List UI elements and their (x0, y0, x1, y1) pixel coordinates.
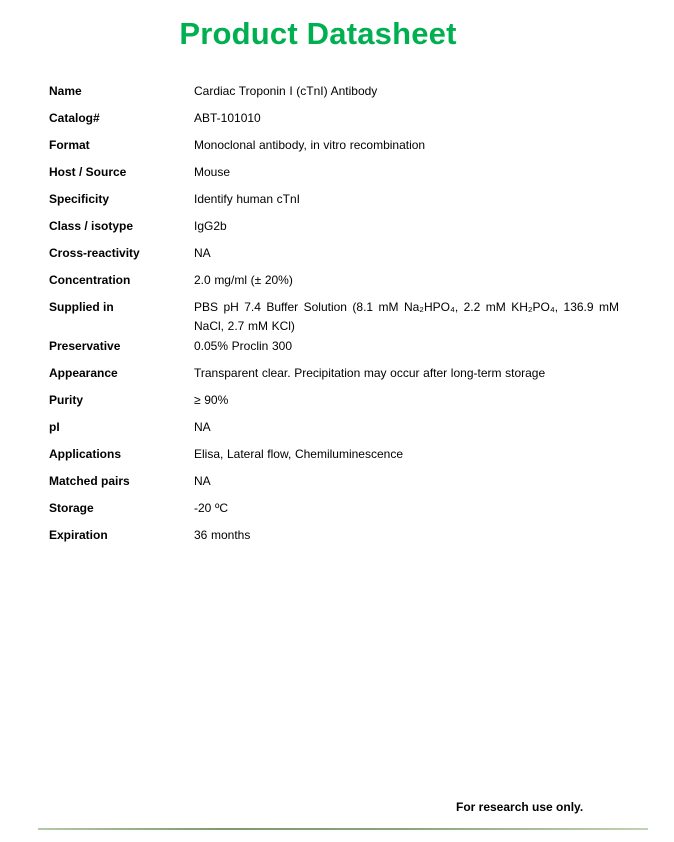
page-title: Product Datasheet (0, 16, 636, 52)
spec-row-name: Name Cardiac Troponin I (cTnI) Antibody (49, 82, 619, 100)
spec-row-cross-reactivity: Cross-reactivity NA (49, 244, 619, 262)
spec-row-matched-pairs: Matched pairs NA (49, 472, 619, 490)
spec-label: Expiration (49, 526, 194, 544)
spec-value: NA (194, 472, 619, 490)
spec-table: Name Cardiac Troponin I (cTnI) Antibody … (49, 82, 619, 544)
spec-value: NA (194, 244, 619, 262)
spec-label: pI (49, 418, 194, 436)
spec-label: Concentration (49, 271, 194, 289)
spec-value: Identify human cTnI (194, 190, 619, 208)
spec-row-storage: Storage -20 ºC (49, 499, 619, 517)
spec-label: Storage (49, 499, 194, 517)
spec-value: 0.05% Proclin 300 (194, 337, 619, 355)
spec-row-preservative: Preservative 0.05% Proclin 300 (49, 337, 619, 355)
spec-value: Monoclonal antibody, in vitro recombinat… (194, 136, 619, 154)
spec-row-pi: pI NA (49, 418, 619, 436)
spec-row-applications: Applications Elisa, Lateral flow, Chemil… (49, 445, 619, 463)
spec-value: NA (194, 418, 619, 436)
spec-value: Cardiac Troponin I (cTnI) Antibody (194, 82, 619, 100)
spec-label: Name (49, 82, 194, 100)
spec-row-host: Host / Source Mouse (49, 163, 619, 181)
spec-value: Transparent clear. Precipitation may occ… (194, 364, 619, 382)
spec-row-concentration: Concentration 2.0 mg/ml (± 20%) (49, 271, 619, 289)
spec-label: Cross-reactivity (49, 244, 194, 262)
spec-row-class: Class / isotype IgG2b (49, 217, 619, 235)
spec-row-format: Format Monoclonal antibody, in vitro rec… (49, 136, 619, 154)
spec-row-expiration: Expiration 36 months (49, 526, 619, 544)
spec-value: -20 ºC (194, 499, 619, 517)
spec-label: Preservative (49, 337, 194, 355)
spec-label: Host / Source (49, 163, 194, 181)
spec-label: Class / isotype (49, 217, 194, 235)
spec-row-purity: Purity ≥ 90% (49, 391, 619, 409)
spec-value: 2.0 mg/ml (± 20%) (194, 271, 619, 289)
spec-label: Matched pairs (49, 472, 194, 490)
spec-label: Appearance (49, 364, 194, 382)
spec-value: 36 months (194, 526, 619, 544)
spec-value: Elisa, Lateral flow, Chemiluminescence (194, 445, 619, 463)
spec-value: Mouse (194, 163, 619, 181)
spec-row-appearance: Appearance Transparent clear. Precipitat… (49, 364, 619, 382)
spec-label: Supplied in (49, 298, 194, 316)
footer-divider (38, 828, 648, 830)
spec-label: Purity (49, 391, 194, 409)
spec-row-supplied-in: Supplied in PBS pH 7.4 Buffer Solution (… (49, 298, 619, 336)
spec-label: Specificity (49, 190, 194, 208)
spec-label: Format (49, 136, 194, 154)
spec-value: IgG2b (194, 217, 619, 235)
spec-label: Catalog# (49, 109, 194, 127)
spec-label: Applications (49, 445, 194, 463)
research-use-note: For research use only. (456, 800, 583, 814)
spec-value: PBS pH 7.4 Buffer Solution (8.1 mM Na₂HP… (194, 298, 619, 336)
spec-value: ≥ 90% (194, 391, 619, 409)
spec-row-catalog: Catalog# ABT-101010 (49, 109, 619, 127)
spec-value: ABT-101010 (194, 109, 619, 127)
spec-row-specificity: Specificity Identify human cTnI (49, 190, 619, 208)
